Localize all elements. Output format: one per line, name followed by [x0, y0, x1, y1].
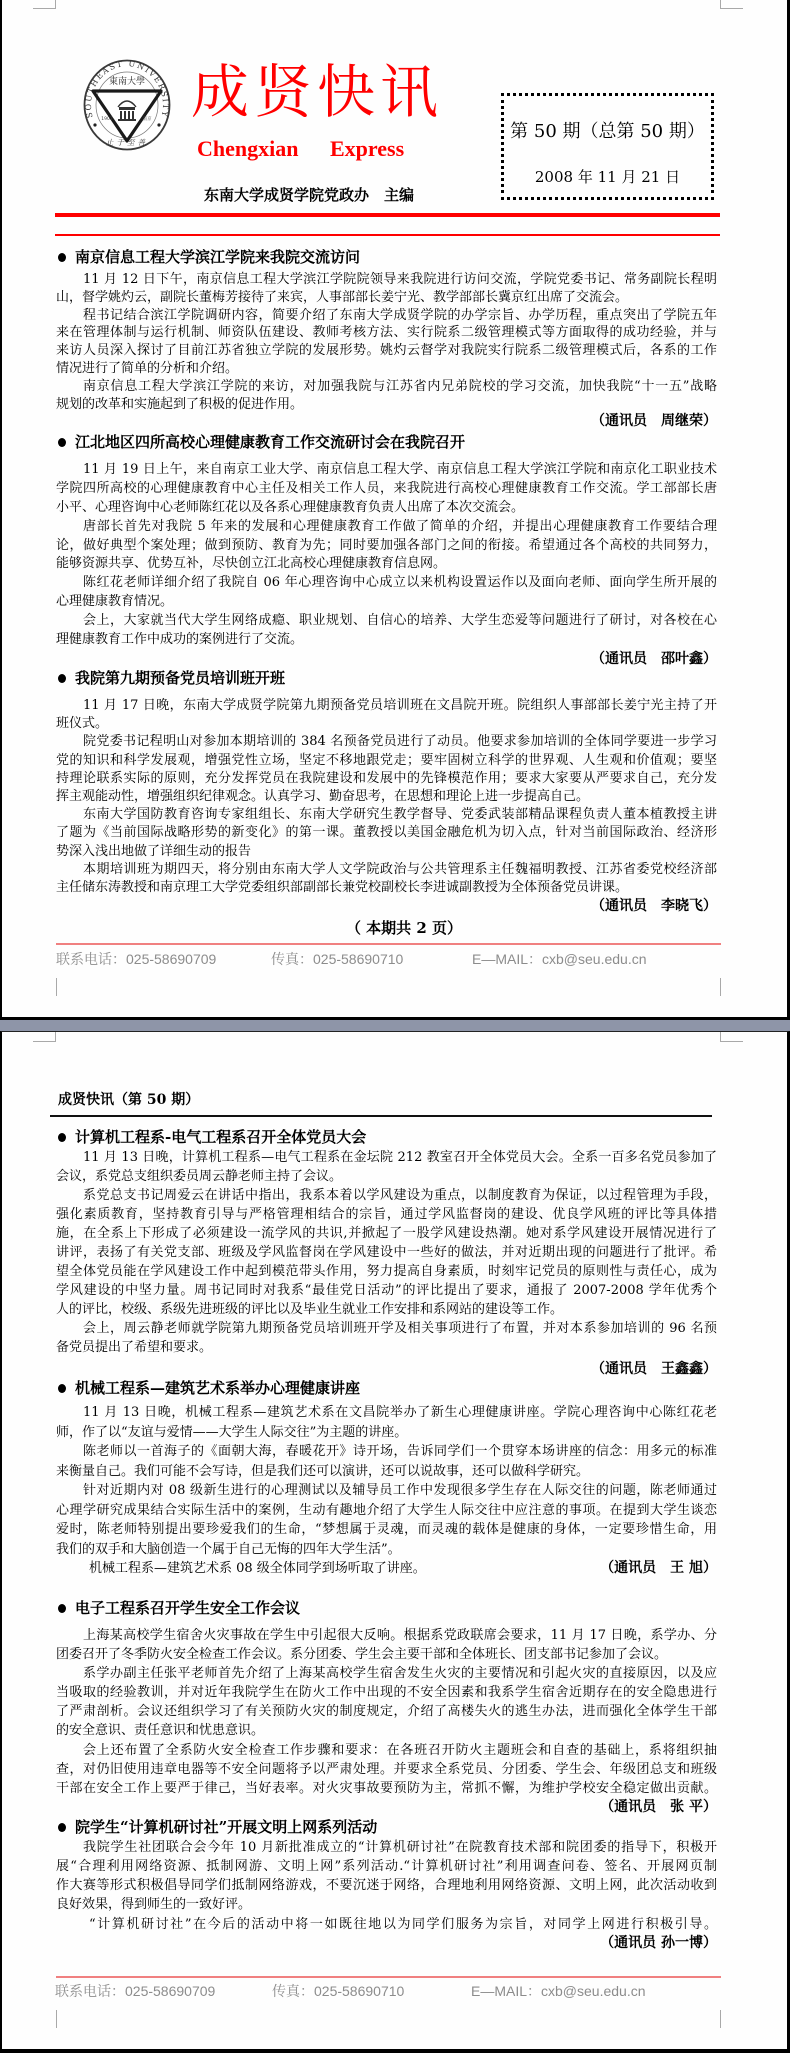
- issue-number: 第 50 期（总第 50 期）: [504, 121, 711, 143]
- article-byline: （通讯员 张 平）: [56, 1798, 717, 1817]
- article-text-line: 机械工程系—建筑艺术系 08 级全体同学到场听取了讲座。 （通讯员 王 旭）: [56, 1559, 717, 1579]
- article-heading-text: 南京信息工程大学滨江学院来我院交流访问: [75, 247, 360, 267]
- article-text-line: 会上，大家就当代大学生网络成瘾、职业规划、自信心的培养、大学生恋爱等问题进行了研…: [56, 612, 717, 631]
- issue-info-box: 第 50 期（总第 50 期） 2008 年 11 月 21 日: [501, 93, 714, 200]
- running-header: 成贤快讯（第 50 期）: [58, 1090, 199, 1110]
- bullet-icon: [58, 1604, 66, 1613]
- article-text-line: 心理学研究成果结合实际生活中的案例，生动有趣地介绍了大学生人际交往中应注意的事项…: [56, 1501, 717, 1521]
- logo-founded-year: 1902: [101, 116, 113, 122]
- footer-fax: 传真：025-58690710: [271, 950, 403, 968]
- bullet-icon: [58, 1823, 66, 1832]
- article-heading-text: 机械工程系—建筑艺术系举办心理健康讲座: [75, 1378, 360, 1398]
- article-text-line: 本期培训班为期四天，将分别由东南大学人文学院政治与公共管理系主任魏福明教授、江苏…: [56, 861, 717, 879]
- article-heading: 机械工程系—建筑艺术系举办心理健康讲座: [56, 1378, 717, 1398]
- bullet-icon: [58, 1384, 66, 1393]
- article-text-line: 小平、心理咨询中心老师陈红花以及各系心理健康教育负责人出席了本次交流会。: [56, 499, 717, 518]
- margin-mark-bottom-right: [720, 2010, 721, 2028]
- article-text-line: 干部在安全工作上要严于律己，当好表率。对火灾事故要预防为主，常抓不懈，为维护学校…: [56, 1779, 717, 1798]
- article-text-line: 良好效果，得到师生的一致好评。: [56, 1895, 717, 1914]
- article-text-line: 师，作了以“友谊与爱情——大学生人际交往”为主题的讲座。: [56, 1423, 717, 1443]
- article-heading: 南京信息工程大学滨江学院来我院交流访问: [56, 247, 717, 267]
- margin-mark-top-left: [55, 1032, 56, 1042]
- logo-motto: 止于至善: [106, 138, 148, 147]
- article-text-line: 针对近期内对 08 级新生进行的心理测试以及辅导员工作中发现很多学生存在人际交往…: [56, 1481, 717, 1501]
- article-computer-club-activity: 院学生“计算机研讨社”开展文明上网系列活动 我院学生社团联合会今年 10 月新批…: [56, 1817, 717, 1953]
- footer-fax: 传真：025-58690710: [272, 1982, 404, 2000]
- document-page-2: 成贤快讯（第 50 期） 计算机工程系-电气工程系召开全体党员大会 11 月 1…: [0, 1031, 790, 2053]
- article-heading: 计算机工程系-电气工程系召开全体党员大会: [56, 1127, 717, 1147]
- article-text-line: 系学办副主任张平老师首先介绍了上海某高校学生宿舍发生火灾的主要情况和引起火灾的直…: [56, 1664, 717, 1683]
- article-mech-arch-lecture: 机械工程系—建筑艺术系举办心理健康讲座 11 月 13 日晚，机械工程系—建筑艺…: [56, 1378, 717, 1579]
- issue-date: 2008 年 11 月 21 日: [504, 168, 711, 186]
- article-text-line: 11 月 17 日晚，东南大学成贤学院第九期预备党员培训班在文昌院开班。院组织人…: [56, 697, 717, 715]
- footer-rule: [56, 943, 721, 945]
- article-text-line: 规划的改革和实施起到了积极的促进作用。: [56, 396, 717, 414]
- article-text-line: 院党委书记程明山对参加本期培训的 384 名预备党员进行了动员。他要求参加培训的…: [56, 733, 717, 751]
- article-text-line: 上海某高校学生宿舍火灾事故在学生中引起很大反响。根据系党政联席会要求，11 月 …: [56, 1626, 717, 1645]
- article-text-line: 当吸取的经验教训，并对近年我院学生在防火工作中出现的不安全因素和我系学生宿舍近期…: [56, 1683, 717, 1702]
- article-text-line: 情况进行了简单的分析和介绍。: [56, 360, 717, 378]
- article-text-line: 作大赛等形式积极倡导同学们抵制网络游戏，不要沉迷于网络，合理地利用网络资源、文明…: [56, 1876, 717, 1895]
- article-text-line: 人的评比，校级、系级先进班级的评比以及毕业生就业工作安排和系网站的建设等工作。: [56, 1300, 717, 1319]
- article-binjiang-visit: 南京信息工程大学滨江学院来我院交流访问 11 月 12 日下午，南京信息工程大学…: [56, 247, 717, 431]
- article-text-line: 11 月 13 日晚，机械工程系—建筑艺术系在文昌院举办了新生心理健康讲座。学院…: [56, 1403, 717, 1423]
- article-text-line: 会上，周云静老师就学院第九期预备党员培训班开学及相关事项进行了布置，并对本系参加…: [56, 1319, 717, 1338]
- article-text-line: 南京信息工程大学滨江学院的来访，对加强我院与江苏省内兄弟院校的学习交流，加快我院…: [56, 378, 717, 396]
- article-text-line: 会上还布置了全系防火安全检查工作步骤和要求：在各班召开防火主题班会和自查的基础上…: [56, 1741, 717, 1760]
- article-heading-text: 江北地区四所高校心理健康教育工作交流研讨会在我院召开: [75, 432, 465, 452]
- article-text-line: 施，在全系上下形成了必须建设一流学风的共识,并掀起了一股学风建设热潮。她对系学风…: [56, 1224, 717, 1243]
- article-text-line: 主任储东涛教授和南京理工大学党委组织部副部长兼党校副校长李进诚副教授为全体预备党…: [56, 879, 717, 897]
- article-heading-text: 我院第九期预备党员培训班开班: [75, 668, 285, 688]
- document-page-1: SOUTHEAST UNIVERSITY 東南大學 1902 南京 止于至善 成…: [0, 0, 790, 1020]
- logo-city: 南京: [143, 115, 152, 122]
- article-text-line: 学风建设的中坚力量。周书记同时对我系“最佳党日活动”的评比提出了要求，通报了 2…: [56, 1281, 717, 1300]
- article-text-line: 论，做好典型个案处理；做到预防、教育为先；同时要加强各部门之间的衔接。希望通过各…: [56, 537, 717, 556]
- article-text-line: 持理论联系实际的原则，充分发挥党员在我院建设和发展中的先锋模范作用；要求大家要从…: [56, 770, 717, 788]
- article-text-line: 心理健康教育情况。: [56, 593, 717, 612]
- article-byline: （通讯员 王 旭）: [600, 1559, 717, 1579]
- article-text-line: 东南大学国防教育咨询专家组组长、东南大学研究生教学督导、党委武装部精品课程负责人…: [56, 806, 717, 824]
- article-ee-safety-meeting: 电子工程系召开学生安全工作会议 上海某高校学生宿舍火灾事故在学生中引起很大反响。…: [56, 1598, 717, 1817]
- article-party-training: 我院第九期预备党员培训班开班 11 月 17 日晚，东南大学成贤学院第九期预备党…: [56, 668, 717, 915]
- bullet-icon: [58, 253, 66, 262]
- article-text-line: 来衡量自己。我们可能不会写诗，但是我们还可以演讲，还可以说故事，还可以做科学研究…: [56, 1462, 717, 1482]
- article-heading: 院学生“计算机研讨社”开展文明上网系列活动: [56, 1817, 717, 1837]
- article-text-line: 爱时，陈老师特别提出要珍爱我们的生命，“梦想属于灵魂，而灵魂的载体是健康的身体，…: [56, 1520, 717, 1540]
- article-heading-text: 院学生“计算机研讨社”开展文明上网系列活动: [75, 1817, 377, 1837]
- article-text-line: 来在管理体制与运行机制、师资队伍建设、教师考核方法、实行院系二级管理模式等方面取…: [56, 324, 717, 342]
- article-text-line-content: 机械工程系—建筑艺术系 08 级全体同学到场听取了讲座。: [89, 1559, 426, 1579]
- article-jiangbei-seminar: 江北地区四所高校心理健康教育工作交流研讨会在我院召开 11 月 19 日上午，来…: [56, 432, 717, 669]
- footer-email: E—MAIL：cxb@seu.edu.cn: [472, 950, 647, 968]
- article-text-line: 的安全意识、责任意识和忧患意识。: [56, 1721, 717, 1740]
- margin-mark-bottom-right: [720, 978, 721, 996]
- article-text-line: 11 月 12 日下午，南京信息工程大学滨江学院院领导来我院进行访问交流，学院党…: [56, 271, 717, 289]
- margin-mark-top-right: [720, 0, 721, 9]
- masthead-rule-thick: [55, 213, 720, 217]
- bullet-icon: [58, 674, 66, 683]
- article-text-line: 系党总支书记周爱云在讲话中指出，我系本着以学风建设为重点，以制度教育为保证，以过…: [56, 1186, 717, 1205]
- article-text-line: 讲评，表扬了有关党支部、班级及学风监督岗在学风建设中一些好的做法，并对近期出现的…: [56, 1243, 717, 1262]
- article-text-line: 了严肃剖析。会议还组织学习了有关预防火灾的制度规定，介绍了高楼失火的逃生办法，进…: [56, 1702, 717, 1721]
- article-cs-ee-party-meeting: 计算机工程系-电气工程系召开全体党员大会 11 月 13 日晚，计算机工程系—电…: [56, 1127, 717, 1379]
- article-text-line: 11 月 13 日晚，计算机工程系—电气工程系在金坛院 212 教室召开全体党员…: [56, 1148, 717, 1167]
- article-text-line: 望全体党员能在学风建设工作中起到模范带头作用，努力提高自身素质，时刻牢记党员的原…: [56, 1262, 717, 1281]
- footer-email: E—MAIL：cxb@seu.edu.cn: [471, 1982, 646, 2000]
- article-text-line: 了题为《当前国际战略形势的新变化》的第一课。董教授以美国金融危机为切入点，针对当…: [56, 824, 717, 842]
- article-text-line: 陈老师以一首海子的《面朝大海，春暖花开》诗开场，告诉同学们一个贯穿本场讲座的信念…: [56, 1442, 717, 1462]
- article-heading: 江北地区四所高校心理健康教育工作交流研讨会在我院召开: [56, 432, 717, 452]
- university-logo: SOUTHEAST UNIVERSITY 東南大學 1902 南京 止于至善: [83, 59, 171, 151]
- logo-inner-name: 東南大學: [109, 75, 145, 87]
- article-text-line: 能够资源共享、优势互补，尽快创立江北高校心理健康教育信息网。: [56, 555, 717, 574]
- article-text-line: 山，督学姚灼云，副院长董梅芳接待了来宾，人事部部长姜宁光、教学部部长冀京红出席了…: [56, 289, 717, 307]
- margin-mark-top-left: [33, 8, 56, 9]
- article-text-line: 挥主观能动性，增强组织纪律观念。认真学习、勤奋思考，在思想和理论上进一步提高自己…: [56, 788, 717, 806]
- article-text-line: 来访人员深入探讨了目前江苏省独立学院的发展形势。姚灼云督学对我院实行院系二级管理…: [56, 342, 717, 360]
- article-text-line: 程书记结合滨江学院调研内容，简要介绍了东南大学成贤学院的办学宗旨、办学历程，重点…: [56, 307, 717, 325]
- margin-mark-top-left: [33, 1041, 56, 1042]
- article-byline: （通讯员 邵叶鑫）: [56, 650, 717, 669]
- article-text-line: “计算机研讨社”在今后的活动中将一如既往地以为同学们服务为宗旨，对同学上网进行积…: [56, 1915, 717, 1934]
- article-text-line: 陈红花老师详细介绍了我院自 06 年心理咨询中心成立以来机构设置运作以及面向老师…: [56, 574, 717, 593]
- editor-credit: 东南大学成贤学院党政办 主编: [204, 186, 414, 204]
- article-heading: 我院第九期预备党员培训班开班: [56, 668, 717, 688]
- article-text-line: 展“合理利用网络资源、抵制网游、文明上网”系列活动.“计算机研讨社”利用调查问卷…: [56, 1857, 717, 1876]
- page-count-note: （ 本期共 2 页）: [340, 918, 468, 938]
- margin-mark-top-right: [720, 8, 743, 9]
- bullet-icon: [58, 1133, 66, 1142]
- article-text-line: 强化素质教育，坚持教育引导与严格管理相结合的宗旨，通过学风监督岗的建设、优良学风…: [56, 1205, 717, 1224]
- article-text-line: 唐部长首先对我院 5 年来的发展和心理健康教育工作做了简单的介绍，并提出心理健康…: [56, 518, 717, 537]
- article-byline: （通讯员 李晓飞）: [56, 897, 717, 915]
- article-byline: （通讯员 周继荣）: [56, 413, 717, 431]
- margin-mark-top-right: [720, 1032, 721, 1042]
- footer-phone: 联系电话：025-58690709: [55, 1982, 215, 2000]
- article-text-line: 势深入浅出地做了详细生动的报告: [56, 843, 717, 861]
- newsletter-title-english: Chengxian Express: [197, 137, 404, 161]
- article-text-line: 查，对仍旧使用违章电器等不安全问题将予以严肃处理。并要求全系党员、分团委、学生会…: [56, 1760, 717, 1779]
- article-byline: （通讯员 孙一博）: [56, 1934, 717, 1953]
- footer-phone: 联系电话：025-58690709: [56, 950, 216, 968]
- margin-mark-bottom-left: [56, 978, 57, 996]
- article-text-line: 班仪式。: [56, 715, 717, 733]
- margin-mark-bottom-left: [56, 2010, 57, 2028]
- article-text-line: 理健康教育工作中成功的案例进行了交流。: [56, 631, 717, 650]
- running-header-rule: [50, 1115, 712, 1117]
- margin-mark-top-left: [55, 0, 56, 9]
- article-byline: （通讯员 王鑫鑫）: [56, 1360, 717, 1379]
- bullet-icon: [58, 438, 66, 447]
- article-text-line: 备党员提出了希望和要求。: [56, 1338, 717, 1357]
- article-text-line: 会议，系党总支组织委员周云静老师主持了会议。: [56, 1167, 717, 1186]
- article-text-line: 11 月 19 日上午，来自南京工业大学、南京信息工程大学、南京信息工程大学滨江…: [56, 461, 717, 480]
- university-seal-icon: SOUTHEAST UNIVERSITY 東南大學 1902 南京 止于至善: [83, 59, 171, 151]
- article-text-line: 我院学生社团联合会今年 10 月新批准成立的“计算机研讨社”在院教育技术部和院团…: [56, 1838, 717, 1857]
- article-text-line: 我们的双手和大脑创造一个属于自己无悔的四年大学生活”。: [56, 1540, 717, 1560]
- article-heading: 电子工程系召开学生安全工作会议: [56, 1598, 717, 1618]
- article-text-line: 党的知识和科学发展观，增强党性立场，坚定不移地跟党走；要牢固树立科学的世界观、人…: [56, 752, 717, 770]
- article-heading-text: 电子工程系召开学生安全工作会议: [75, 1598, 300, 1618]
- footer-rule: [56, 1976, 721, 1978]
- article-heading-text: 计算机工程系-电气工程系召开全体党员大会: [75, 1127, 366, 1147]
- margin-mark-top-right: [720, 1041, 743, 1042]
- masthead-rule-thin: [55, 234, 720, 236]
- newsletter-title: 成贤快讯: [191, 62, 443, 122]
- article-text-line: 团委召开了冬季防火安全检查工作会议。系分团委、学生会主要干部和全体班长、团支部书…: [56, 1645, 717, 1664]
- article-text-line: 学院四所高校的心理健康教育中心主任及相关工作人员，来我院进行高校心理健康教育工作…: [56, 480, 717, 499]
